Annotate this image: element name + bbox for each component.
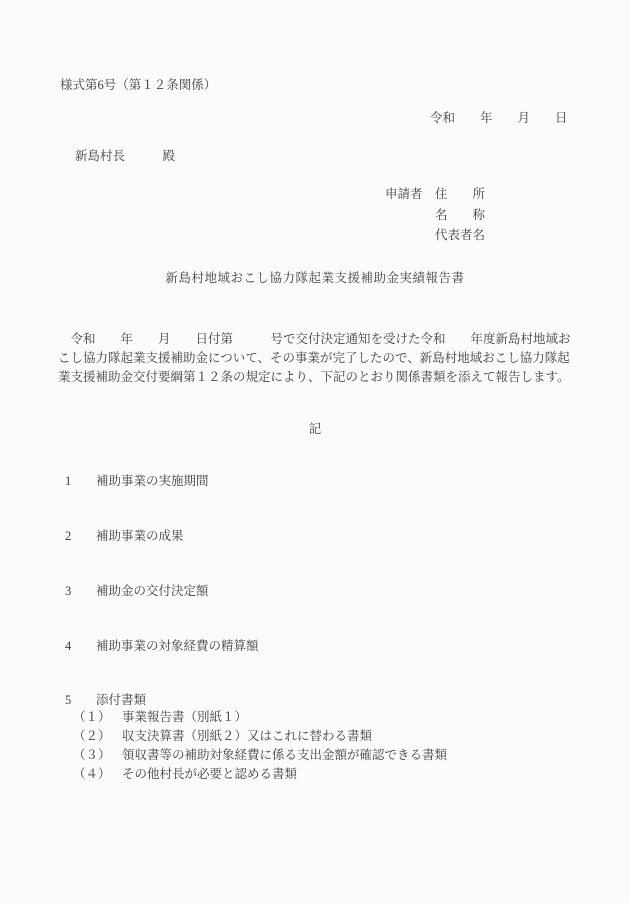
item-label: 添付書類 [96,693,146,707]
attachment-label: 収支決算書（別紙２）又はこれに替わる書類 [122,729,372,743]
attachment-item: （４）その他村長が必要と認める書類 [73,765,447,784]
item-number: 1 [65,472,96,491]
date-line: 令和 年 月 日 [430,109,568,128]
body-line: こし協力隊起業支援補助金について、その事業が完了したので、新島村地域おこし協力隊… [58,349,574,368]
item-number: 3 [65,582,96,601]
addressee-line: 新島村長 殿 [75,147,175,166]
body-line: 令和 年 月 日付第 号で交付決定通知を受けた令和 年度新島村地域お [58,330,574,349]
applicant-representative-line: 代表者名 [385,225,485,246]
attachment-item: （２）収支決算書（別紙２）又はこれに替わる書類 [73,727,447,746]
attachment-number: （１） [73,708,122,727]
document-page: 様式第6号（第１２条関係） 令和 年 月 日 新島村長 殿 申請者 住 所 名 … [0,0,630,903]
attachment-number: （２） [73,727,122,746]
attachment-label: その他村長が必要と認める書類 [122,767,297,781]
list-item: 3補助金の交付決定額 [65,582,209,601]
ki-heading: 記 [0,420,630,439]
document-title: 新島村地域おこし協力隊起業支援補助金実績報告書 [0,269,630,288]
form-number: 様式第6号（第１２条関係） [60,76,216,95]
attachment-list: （１）事業報告書（別紙１） （２）収支決算書（別紙２）又はこれに替わる書類 （３… [73,708,447,784]
body-paragraph: 令和 年 月 日付第 号で交付決定通知を受けた令和 年度新島村地域お こし協力隊… [58,330,574,387]
list-item: 1補助事業の実施期間 [65,472,209,491]
list-item: 4補助事業の対象経費の精算額 [65,637,259,656]
attachment-number: （３） [73,746,122,765]
attachment-item: （３）領収書等の補助対象経費に係る支出金額が確認できる書類 [73,746,447,765]
item-label: 補助金の交付決定額 [96,584,209,598]
item-label: 補助事業の実施期間 [96,474,209,488]
item-number: 2 [65,527,96,546]
attachment-label: 事業報告書（別紙１） [122,710,247,724]
item-number: 4 [65,637,96,656]
attachment-number: （４） [73,765,122,784]
item-label: 補助事業の成果 [96,529,184,543]
applicant-block: 申請者 住 所 名 称 代表者名 [385,184,485,246]
applicant-address-line: 申請者 住 所 [385,184,485,205]
attachment-item: （１）事業報告書（別紙１） [73,708,447,727]
attachment-label: 領収書等の補助対象経費に係る支出金額が確認できる書類 [122,748,447,762]
item-label: 補助事業の対象経費の精算額 [96,639,259,653]
list-item: 2補助事業の成果 [65,527,184,546]
body-line: 業支援補助金交付要綱第１２条の規定により、下記のとおり関係書類を添えて報告します… [58,368,574,387]
applicant-name-line: 名 称 [385,205,485,226]
